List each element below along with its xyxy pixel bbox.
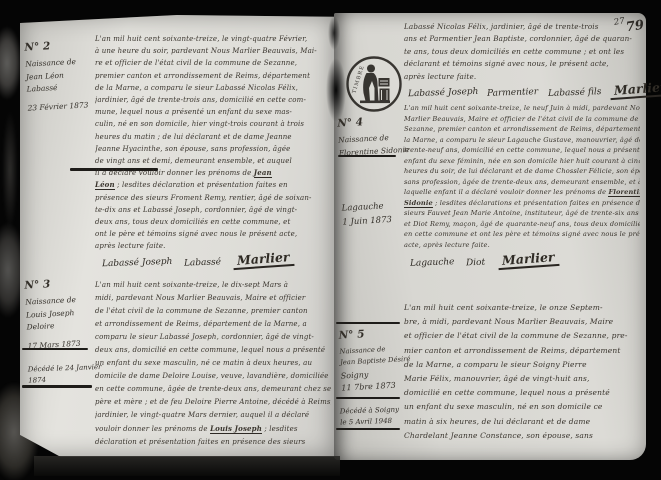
spine-blotch xyxy=(0,26,22,100)
act-text-line: déclarant et témoins signé avec nous, le… xyxy=(404,58,640,70)
page-number: 27 xyxy=(613,16,625,28)
signature: Marlier xyxy=(233,249,295,270)
record-5-act-text: L'an mil huit cent soixante-treize, le o… xyxy=(404,301,640,443)
revenue-stamp-icon: TIMBRE xyxy=(345,55,403,113)
binding-shadow xyxy=(328,16,340,50)
act-text-line: bre, à midi, pardevant Nous Marlier Beau… xyxy=(404,315,640,329)
record-3-act-text: L'an mil huit cent soixante-treize, le d… xyxy=(95,279,331,449)
signature: Labassé fils xyxy=(547,87,601,99)
act-text-line: deux ans, domicilié en cette commune, le… xyxy=(95,344,331,357)
act-text-line: déclaration et présentation faites en pr… xyxy=(95,436,331,449)
act-text-line: L'an mil huit cent soixante-treize, le o… xyxy=(404,301,640,315)
record-4-act-text: L'an mil huit cent soixante-treize, le n… xyxy=(404,103,640,250)
act-text-line: vouloir donner les prénoms de Louis Jose… xyxy=(95,422,331,436)
binding-shadow xyxy=(326,58,346,122)
act-text-line: te-dix ans et Labassé Joseph, cordonnier… xyxy=(95,204,331,216)
act-text-line: présence des sieurs Froment Remy, rentie… xyxy=(95,192,331,204)
act-text-line: trente-neuf ans, domicilié en cette comm… xyxy=(404,145,640,156)
act-text-line: mier canton et arrondissement de Reims, … xyxy=(404,344,640,358)
act-text-line: te ans, tous deux domiciliés en cette co… xyxy=(404,46,640,58)
act-text-line: laquelle enfant il a déclaré vouloir don… xyxy=(404,187,640,198)
margin-divider xyxy=(336,397,400,399)
act-text-line: de l'état civil de la commune de Sezanne… xyxy=(95,305,331,318)
act-text-line: Léon ; lesdites déclaration et présentat… xyxy=(95,179,331,191)
act-text-line: à une heure du soir, pardevant Nous Marl… xyxy=(95,45,331,57)
act-text-line: de la Marne, a comparu le sieur Soigny P… xyxy=(404,358,640,372)
act-text-line: comparu le sieur Labassé Joseph, cordonn… xyxy=(95,331,331,344)
record-2-act-text: L'an mil huit cent soixante-treize, le v… xyxy=(95,33,331,253)
act-text-line: culin, né en son domicile, hier vingt-tr… xyxy=(95,118,331,130)
signature: Labassé Joseph xyxy=(102,257,173,269)
margin-divider xyxy=(22,348,88,350)
act-text-line: et officier de l'état civil de la commun… xyxy=(404,329,640,343)
right-page: Labassé Nicolas Félix, jardinier, âgé de… xyxy=(334,13,646,460)
register-scan: N° 2 Naissance deJean LéonLabassé 23 Fév… xyxy=(0,0,661,480)
act-text-line: jardinier, le vingt-quatre Mars dernier,… xyxy=(95,409,331,422)
signature: Marlier xyxy=(609,79,661,100)
act-text-line: et Diot Remy, maçon, âgé de quarante-neu… xyxy=(404,219,640,230)
act-text-line: Jeanne Hyacinthe, son épouse, sans profe… xyxy=(95,143,331,155)
act-text-line: re et officier de l'état civil de la com… xyxy=(95,57,331,69)
act-text-line: L'an mil huit cent soixante-treize, le n… xyxy=(404,103,640,114)
act-text-line: heures du soir, de lui déclarant et de d… xyxy=(404,166,640,177)
record-3-continuation-text: Labassé Nicolas Félix, jardinier, âgé de… xyxy=(404,21,640,83)
act-text-line: domicile de dame Deloire Louise, veuve, … xyxy=(95,370,331,383)
act-text-line: L'an mil huit cent soixante-treize, le d… xyxy=(95,279,331,292)
act-text-line: sieurs Fauvet Jean Marie Antoine, instit… xyxy=(404,208,640,219)
signature: Lagauche xyxy=(410,257,455,269)
signature: Diot xyxy=(466,258,485,269)
margin-divider xyxy=(338,155,396,157)
act-text-line: Marie Félix, manouvrier, âgé de vingt-hu… xyxy=(404,372,640,386)
act-text-line: ont le père et témoins signé avec nous l… xyxy=(95,228,331,240)
act-text-line: la Marne, a comparu le sieur Lagauche Gu… xyxy=(404,135,640,146)
act-text-line: premier canton et arrondissement de Reim… xyxy=(95,70,331,82)
act-text-line: enfant du sexe féminin, née en son domic… xyxy=(404,156,640,167)
margin-divider xyxy=(336,428,400,430)
margin-divider xyxy=(22,385,92,388)
act-text-line: jardinier, âgé de trente-trois ans, domi… xyxy=(95,94,331,106)
signature: Labassé Joseph xyxy=(408,87,479,99)
folio-mark: 79 xyxy=(625,18,645,35)
record-2-signatures: Labassé JosephLabasséMarlier xyxy=(102,251,294,268)
act-text-line: sans profession, âgée de trente-deux ans… xyxy=(404,177,640,188)
act-text-line: Labassé Nicolas Félix, jardinier, âgé de… xyxy=(404,21,640,33)
record-3-signatures: Labassé JosephParmentierLabassé filsMarl… xyxy=(408,81,661,98)
act-text-line: en cette commune et ont les père et témo… xyxy=(404,229,640,240)
act-text-line: ans et Parmentier Jean Baptiste, cordonn… xyxy=(404,33,640,45)
signature: Labassé xyxy=(184,257,221,268)
act-text-line: Marlier Beauvais, Maire et officier de l… xyxy=(404,114,640,125)
act-text-line: heures du matin ; de lui déclarant et de… xyxy=(95,131,331,143)
act-text-line: de la Marne, a comparu le sieur Labassé … xyxy=(95,82,331,94)
act-text-line: et arrondissement de Reims, département … xyxy=(95,318,331,331)
record-4-signatures: LagaucheDiotMarlier xyxy=(410,251,558,268)
act-text-line: domicilié en cette commune, lequel nous … xyxy=(404,386,640,400)
act-text-line: de vingt ans et demi, demeurant ensemble… xyxy=(95,155,331,167)
signature: Parmentier xyxy=(487,87,538,99)
act-text-line: Sidonie ; lesdites déclarations et prése… xyxy=(404,198,640,209)
act-text-line: matin à six heures, de lui déclarant et … xyxy=(404,415,640,429)
act-text-line: en cette commune, âgée de trente-deux an… xyxy=(95,383,331,396)
margin-divider xyxy=(336,322,400,324)
act-text-line: deux ans, tous deux domiciliés en cette … xyxy=(95,216,331,228)
signature: Marlier xyxy=(497,249,559,270)
page-bottom-shadow xyxy=(34,456,340,476)
act-text-line: mune, lequel nous a présenté un enfant d… xyxy=(95,106,331,118)
act-text-line: acte, après lecture faite. xyxy=(404,240,640,251)
act-text-line: père et mère ; et de feu Deloire Pierre … xyxy=(95,396,331,409)
act-text-line: un enfant du sexe masculin, né en son do… xyxy=(404,400,640,414)
act-text-line: il a déclaré vouloir donner les prénoms … xyxy=(95,167,331,179)
act-text-line: Sezanne, premier canton et arrondissemen… xyxy=(404,124,640,135)
spine-blotch xyxy=(2,110,18,230)
act-text-line: un enfant du sexe masculin, né ce matin … xyxy=(95,357,331,370)
act-text-line: Chardelant Jeanne Constance, son épouse,… xyxy=(404,429,640,443)
act-text-line: midi, pardevant Nous Marlier Beauvais, M… xyxy=(95,292,331,305)
act-text-line: L'an mil huit cent soixante-treize, le v… xyxy=(95,33,331,45)
left-page: N° 2 Naissance deJean LéonLabassé 23 Fév… xyxy=(20,15,334,457)
